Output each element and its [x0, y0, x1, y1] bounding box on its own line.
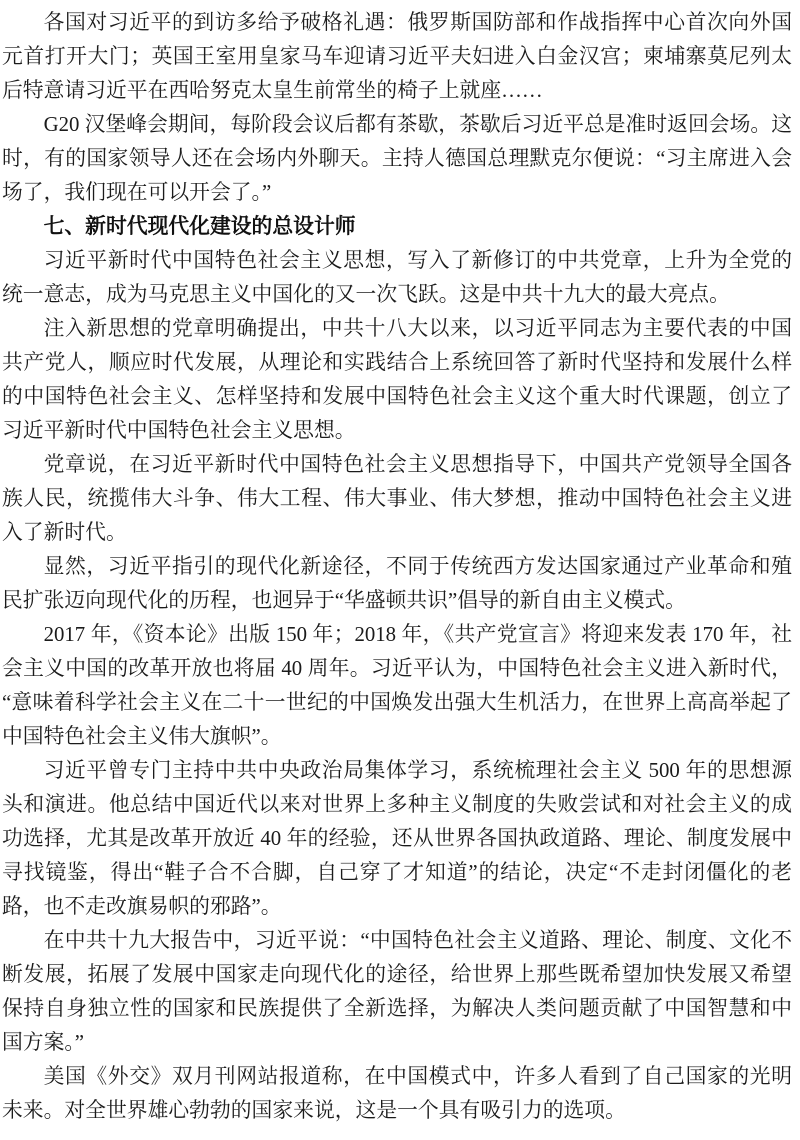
- paragraph: G20 汉堡峰会期间，每阶段会议后都有茶歇，茶歇后习近平总是准时返回会场。这时，…: [2, 108, 792, 210]
- paragraph: 习近平曾专门主持中共中央政治局集体学习，系统梳理社会主义 500 年的思想源头和…: [2, 754, 792, 924]
- paragraph: 各国对习近平的到访多给予破格礼遇：俄罗斯国防部和作战指挥中心首次向外国元首打开大…: [2, 6, 792, 108]
- paragraph: 美国《外交》双月刊网站报道称，在中国模式中，许多人看到了自己国家的光明未来。对全…: [2, 1060, 792, 1128]
- paragraph: 习近平新时代中国特色社会主义思想，写入了新修订的中共党章，上升为全党的统一意志，…: [2, 244, 792, 312]
- article-body: 各国对习近平的到访多给予破格礼遇：俄罗斯国防部和作战指挥中心首次向外国元首打开大…: [2, 6, 792, 1128]
- document-page: 各国对习近平的到访多给予破格礼遇：俄罗斯国防部和作战指挥中心首次向外国元首打开大…: [0, 0, 800, 1140]
- paragraph: 在中共十九大报告中，习近平说：“中国特色社会主义道路、理论、制度、文化不断发展，…: [2, 924, 792, 1060]
- section-heading: 七、新时代现代化建设的总设计师: [2, 210, 792, 244]
- paragraph: 党章说，在习近平新时代中国特色社会主义思想指导下，中国共产党领导全国各族人民，统…: [2, 448, 792, 550]
- paragraph: 2017 年，《资本论》出版 150 年；2018 年，《共产党宣言》将迎来发表…: [2, 618, 792, 754]
- paragraph: 注入新思想的党章明确提出，中共十八大以来，以习近平同志为主要代表的中国共产党人，…: [2, 312, 792, 448]
- paragraph: 显然，习近平指引的现代化新途径，不同于传统西方发达国家通过产业革命和殖民扩张迈向…: [2, 550, 792, 618]
